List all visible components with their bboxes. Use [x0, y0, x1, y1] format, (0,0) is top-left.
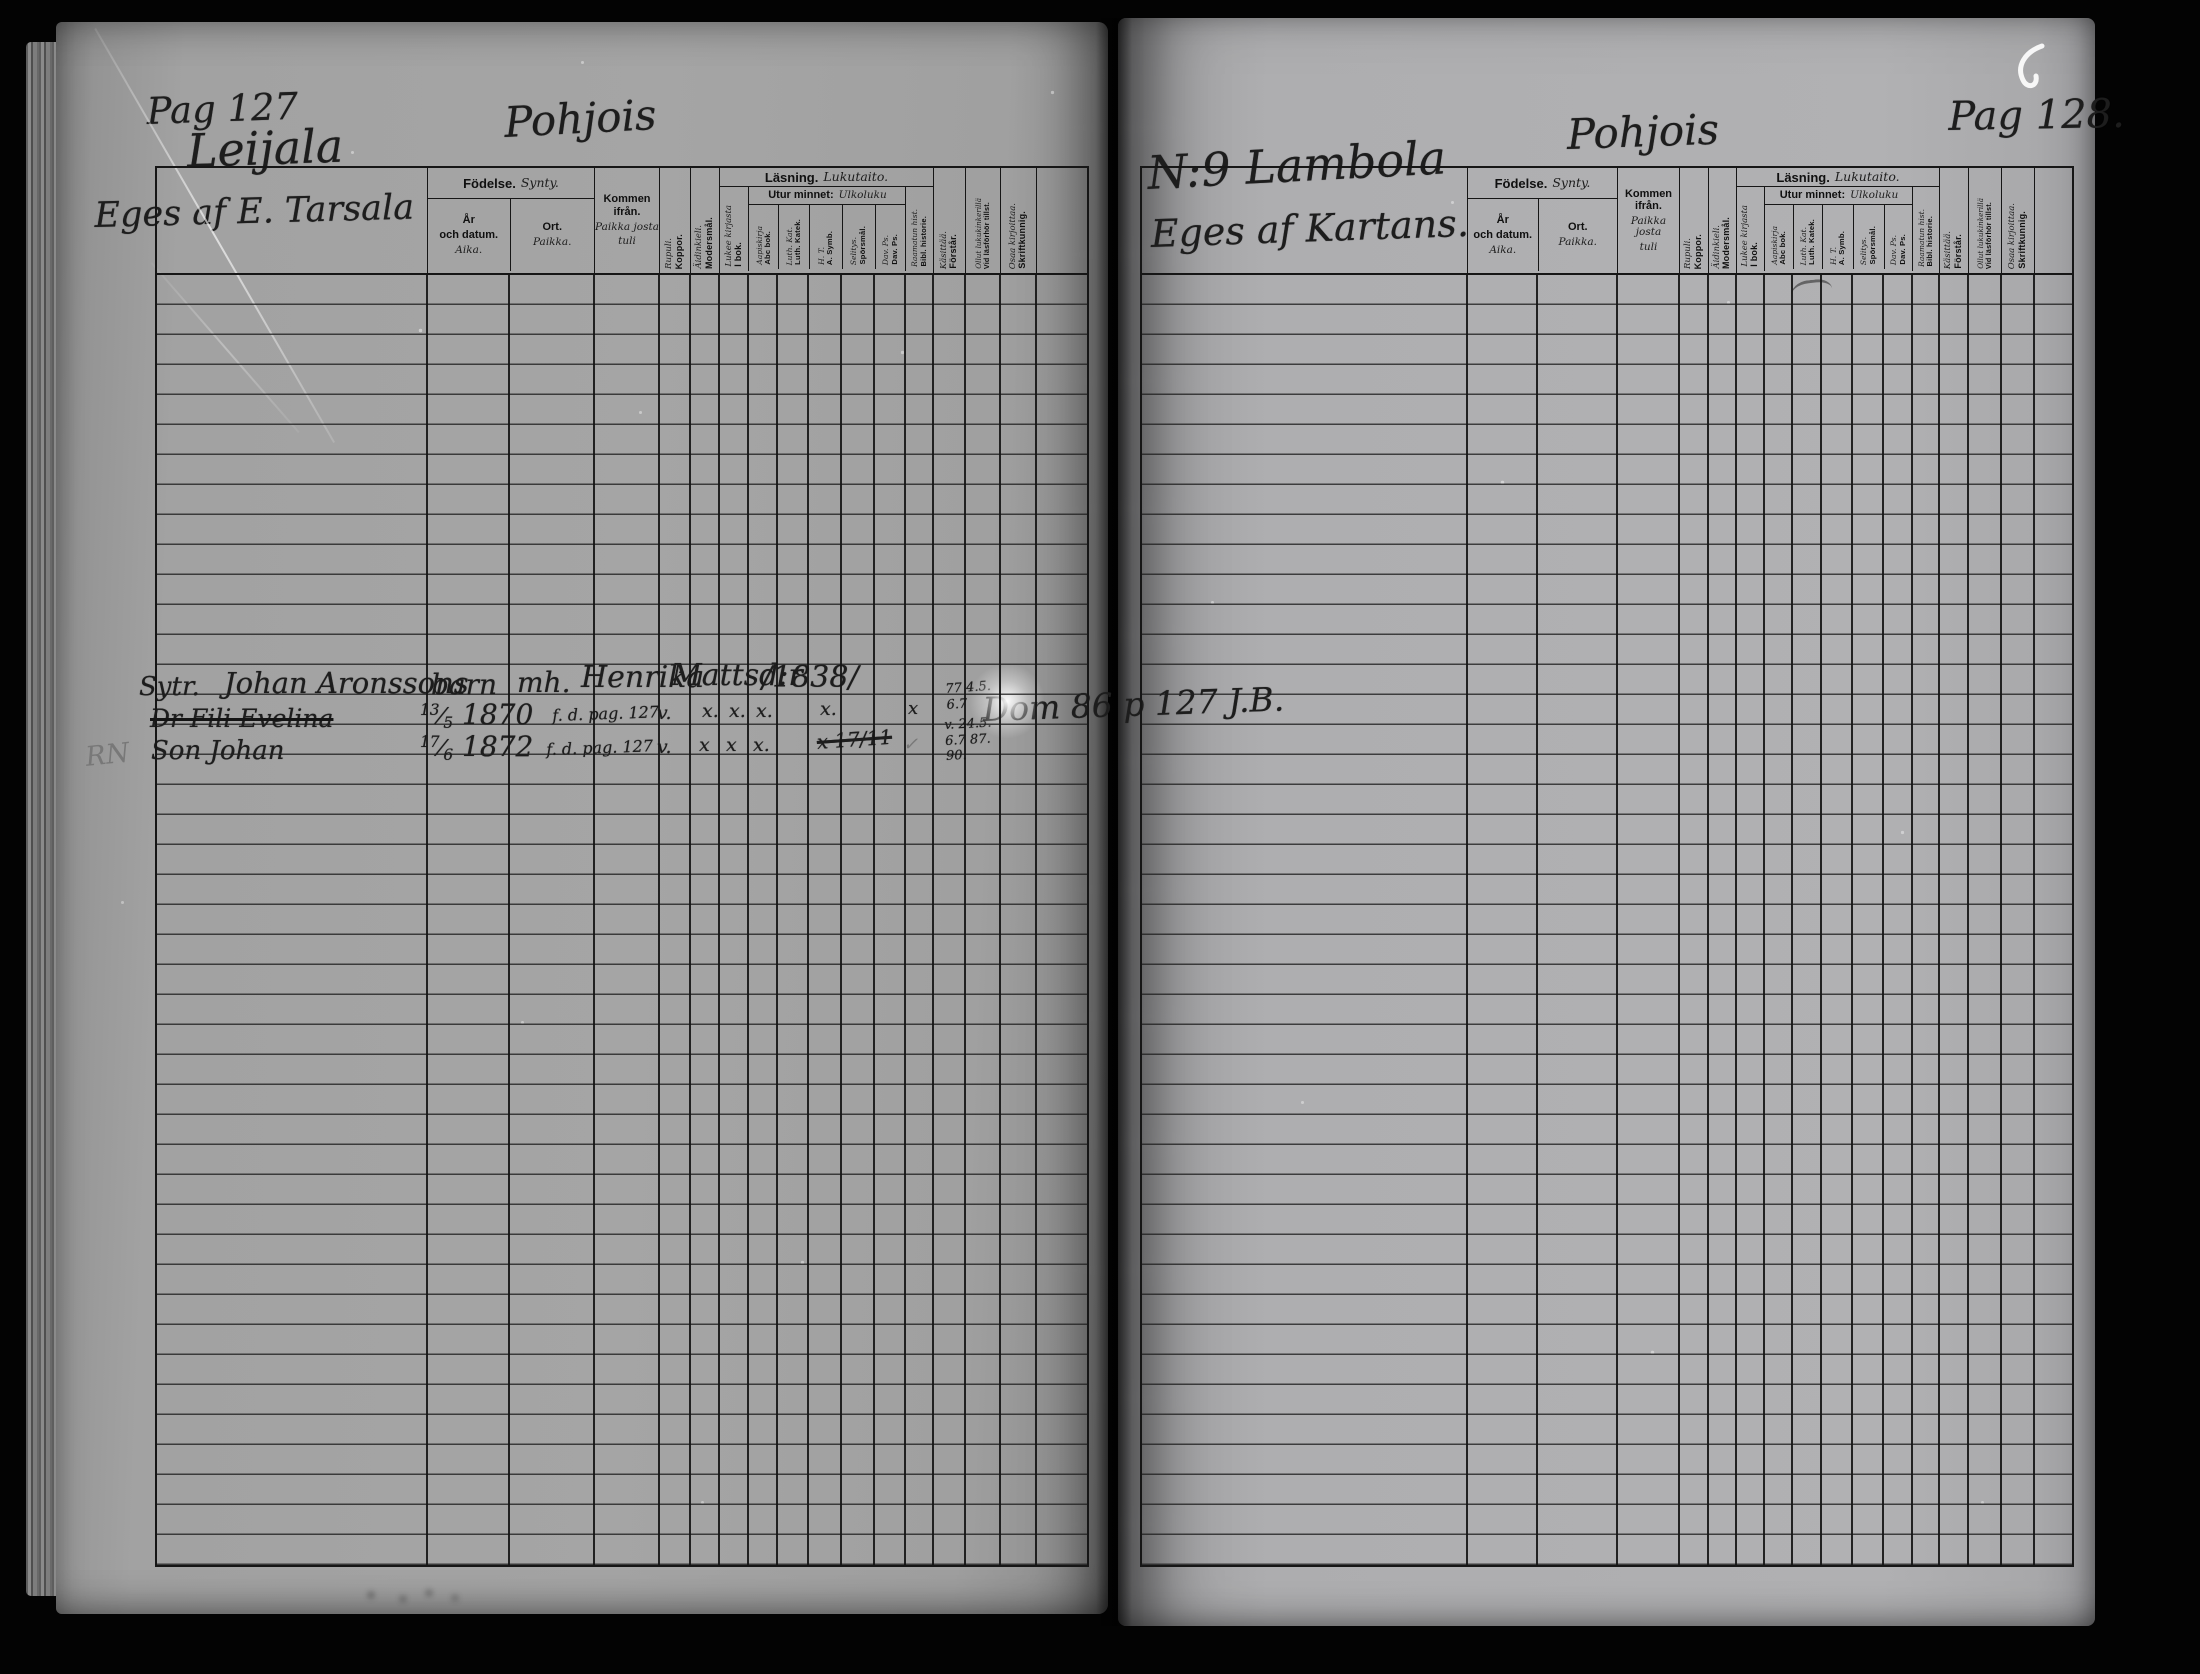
column-group-utur: Utur minnet:UlkolukuAapiskirjaAbc bok.Lu… — [748, 187, 905, 271]
column-header-ort: Ort.Paikka. — [510, 199, 595, 271]
table_header-ar_sv2: och datum. — [439, 229, 498, 242]
column-header-kommen: Kommen ifrån.Paikka jostatuli — [594, 168, 659, 273]
column-header-abc: AapiskirjaAbc bok. — [1765, 205, 1793, 269]
column-line — [2033, 275, 2035, 1565]
column-line — [1791, 275, 1793, 1565]
column-header-ibok-sv: I bok. — [1750, 242, 1760, 267]
table-header-left: Födelse.Synty.Åroch datum.Aika.Ort.Paikk… — [157, 168, 1087, 275]
table_header-ar_sv1: År — [463, 214, 475, 227]
column-header-modersmal-sv: Modersmål. — [705, 217, 715, 269]
column-header-davps: Dav. Ps.Dav. Ps. — [1884, 205, 1913, 269]
column-header-name — [1142, 168, 1467, 273]
book-scan-background: Pag 127 Leijala Eges af E. Tarsala Pohjo… — [0, 0, 2200, 1674]
column-header-asymb-sv: A. Symb. — [826, 231, 834, 265]
column-group-lasning: Läsning.Lukutaito.Lukee kirjastaI bok.Ut… — [719, 168, 933, 273]
fodelse-subrow: Åroch datum.Aika.Ort.Paikka. — [428, 199, 594, 271]
column-header-abc-sv: Abc bok. — [764, 231, 772, 265]
column-group-fodelse: Födelse.Synty.Åroch datum.Aika.Ort.Paikk… — [1467, 168, 1617, 273]
column-group-lasning: Läsning.Lukutaito.Lukee kirjastaI bok.Ut… — [1736, 168, 1939, 273]
edge-smudge — [362, 1588, 364, 1590]
table_header-utur_fi: Ulkoluku — [1850, 190, 1898, 201]
column-header-skrift-sv: Skriftkunnig. — [1018, 211, 1028, 269]
margin-initials-row2: RN — [84, 737, 131, 772]
column-line — [807, 275, 809, 1565]
column-header-ort: Ort.Paikka. — [1538, 199, 1617, 271]
column-header-luth: Luth. Kat.Luth. Katek. — [778, 205, 809, 269]
column-line — [1536, 275, 1538, 1565]
lasning-subrow: Lukee kirjastaI bok.Utur minnet:Ulkoluku… — [1737, 187, 1939, 271]
column-header-sporsmal-sv: Spörsmål. — [859, 226, 867, 265]
column-line — [999, 275, 1001, 1565]
table_header-ort_sv: Ort. — [1568, 221, 1588, 234]
column-header-abc-sv: Abc bok. — [1779, 231, 1787, 265]
column-line — [1035, 275, 1037, 1565]
column-header-skrift: Osaa kirjoittaa.Skriftkunnig. — [2001, 168, 2034, 273]
column-header-koppor: Rupuli.Koppor. — [659, 168, 690, 273]
table_header-ort_fi: Paikka. — [533, 237, 572, 249]
column-line — [1967, 275, 1969, 1565]
column-header-blank — [2034, 168, 2072, 273]
table_header-lasning_sv: Läsning. — [1776, 171, 1829, 184]
column-header-koppor-sv: Koppor. — [675, 234, 685, 269]
table_header-kommen_fi1: Paikka josta — [595, 222, 659, 234]
column-line — [1707, 275, 1709, 1565]
column-header-davps-sv: Dav. Ps. — [891, 234, 899, 265]
column-header-asymb: H. T.A. Symb. — [1822, 205, 1853, 269]
column-header-asymb: H. T.A. Symb. — [809, 205, 842, 269]
record-table-left: Födelse.Synty.Åroch datum.Aika.Ort.Paikk… — [155, 166, 1089, 1567]
column-line — [1735, 275, 1737, 1565]
district-name-right: Pohjois — [1566, 105, 1720, 159]
table_header-lasning_fi: Lukutaito. — [823, 171, 888, 184]
fodelse-band: Födelse.Synty. — [428, 168, 594, 199]
book-spine-shadow — [1096, 18, 1132, 1626]
table_header-kommen_fi1: Paikka josta — [1618, 216, 1679, 239]
table_header-ar_sv1: År — [1497, 214, 1509, 227]
column-header-forstar: Käsittää.Förstår. — [1939, 168, 1968, 273]
column-header-abc: AapiskirjaAbc bok. — [749, 205, 778, 269]
column-header-forstar-sv: Förstår. — [1954, 234, 1964, 269]
table_header-fodelse_fi: Synty. — [1552, 177, 1590, 190]
column-line — [718, 275, 720, 1565]
column-header-luth-sv: Luth. Katek. — [1808, 219, 1816, 265]
column-header-skrift: Osaa kirjoittaa.Skriftkunnig. — [1000, 168, 1036, 273]
column-header-koppor: Rupuli.Koppor. — [1679, 168, 1708, 273]
column-line — [1678, 275, 1680, 1565]
column-line — [1882, 275, 1884, 1565]
column-header-davps-sv: Dav. Ps. — [1899, 234, 1907, 265]
table_header-lasning_sv: Läsning. — [765, 171, 818, 184]
column-line — [426, 275, 428, 1565]
utur-subrow: AapiskirjaAbc bok.Luth. Kat.Luth. Katek.… — [749, 205, 905, 269]
table-body-right — [1142, 275, 2072, 1565]
column-header-vidlas: Ollut lukukinkerilläVid läsförhör tillst… — [965, 168, 1000, 273]
fodelse-band: Födelse.Synty. — [1468, 168, 1617, 199]
record-table-right: Födelse.Synty.Åroch datum.Aika.Ort.Paikk… — [1140, 166, 2074, 1567]
table-header-right: Födelse.Synty.Åroch datum.Aika.Ort.Paikk… — [1142, 168, 2072, 275]
column-line — [658, 275, 660, 1565]
table_header-kommen_fi2: tuli — [618, 236, 636, 248]
column-line — [1763, 275, 1765, 1565]
table_header-kommen_fi2: tuli — [1640, 242, 1658, 254]
column-line — [840, 275, 842, 1565]
column-header-modersmal: Äidinkieli.Modersmål. — [690, 168, 719, 273]
column-line — [1616, 275, 1618, 1565]
column-line — [873, 275, 875, 1565]
column-header-vidlas-sv: Vid läsförhör tillst. — [1985, 202, 1993, 269]
table_header-utur_sv: Utur minnet: — [1780, 190, 1845, 201]
column-header-modersmal-sv: Modersmål. — [1722, 217, 1732, 269]
column-header-bibl: Raamatun hist.Bibl. historie. — [1912, 187, 1939, 271]
table_header-utur_fi: Ulkoluku — [839, 190, 887, 201]
lasning-band: Läsning.Lukutaito. — [1737, 168, 1939, 187]
table_header-ort_sv: Ort. — [542, 221, 562, 234]
utur-band: Utur minnet:Ulkoluku — [1765, 187, 1912, 205]
column-line — [964, 275, 966, 1565]
table_header-fodelse_sv: Födelse. — [463, 177, 516, 190]
column-header-davps-fi: Dav. Ps. — [1890, 235, 1898, 265]
table_header-ort_fi: Paikka. — [1558, 237, 1597, 249]
column-group-fodelse: Födelse.Synty.Åroch datum.Aika.Ort.Paikk… — [427, 168, 594, 273]
table_header-fodelse_fi: Synty. — [521, 177, 559, 190]
lasning-band: Läsning.Lukutaito. — [720, 168, 933, 187]
column-header-koppor-sv: Koppor. — [1694, 234, 1704, 269]
column-header-vidlas: Ollut lukukinkerilläVid läsförhör tillst… — [1968, 168, 2001, 273]
column-line — [1911, 275, 1913, 1565]
column-header-vidlas-sv: Vid läsförhör tillst. — [983, 202, 991, 269]
column-header-bibl-sv: Bibl. historie. — [920, 216, 928, 267]
utur-subrow: AapiskirjaAbc bok.Luth. Kat.Luth. Katek.… — [1765, 205, 1912, 269]
column-line — [508, 275, 510, 1565]
table_header-ar_fi: Aika. — [1489, 245, 1516, 257]
column-header-luth: Luth. Kat.Luth. Katek. — [1793, 205, 1822, 269]
column-header-ibok-sv: I bok. — [734, 242, 744, 267]
column-header-ar: Åroch datum.Aika. — [1468, 199, 1538, 271]
column-header-luth-sv: Luth. Katek. — [794, 219, 802, 265]
column-line — [776, 275, 778, 1565]
column-header-forstar-sv: Förstår. — [949, 234, 959, 269]
table_header-ar_fi: Aika. — [455, 245, 482, 257]
column-line — [747, 275, 749, 1565]
column-header-davps: Dav. Ps.Dav. Ps. — [875, 205, 906, 269]
column-header-sporsmal: Selitys.Spörsmål. — [842, 205, 875, 269]
column-line — [1938, 275, 1940, 1565]
column-header-sporsmal-sv: Spörsmål. — [1869, 226, 1877, 265]
column-header-blank — [1036, 168, 1087, 273]
table-body-left — [157, 275, 1087, 1565]
lasning-subrow: Lukee kirjastaI bok.Utur minnet:Ulkoluku… — [720, 187, 933, 271]
table_header-kommen_sv: Kommen ifrån. — [1618, 188, 1679, 213]
fodelse-subrow: Åroch datum.Aika.Ort.Paikka. — [1468, 199, 1617, 271]
column-line — [1820, 275, 1822, 1565]
column-header-ibok: Lukee kirjastaI bok. — [1737, 187, 1764, 271]
corner-scratch-mark — [2012, 42, 2048, 101]
column-header-kommen: Kommen ifrån.Paikka jostatuli — [1617, 168, 1679, 273]
column-line — [932, 275, 934, 1565]
column-header-sporsmal: Selitys.Spörsmål. — [1853, 205, 1884, 269]
column-header-forstar: Käsittää.Förstår. — [933, 168, 965, 273]
table_header-ar_sv2: och datum. — [1473, 229, 1532, 242]
table_header-fodelse_sv: Födelse. — [1495, 177, 1548, 190]
table_header-kommen_sv: Kommen ifrån. — [595, 193, 659, 218]
column-header-davps-fi: Dav. Ps. — [882, 235, 890, 265]
column-header-ar: Åroch datum.Aika. — [428, 199, 510, 271]
table_header-utur_sv: Utur minnet: — [768, 190, 833, 201]
column-header-modersmal: Äidinkieli.Modersmål. — [1708, 168, 1736, 273]
utur-band: Utur minnet:Ulkoluku — [749, 187, 905, 205]
column-header-bibl: Raamatun hist.Bibl. historie. — [905, 187, 933, 271]
column-group-utur: Utur minnet:UlkolukuAapiskirjaAbc bok.Lu… — [1764, 187, 1912, 271]
column-line — [689, 275, 691, 1565]
column-line — [1851, 275, 1853, 1565]
column-line — [593, 275, 595, 1565]
column-line — [904, 275, 906, 1565]
column-header-asymb-sv: A. Symb. — [1838, 231, 1846, 265]
table_header-lasning_fi: Lukutaito. — [1835, 171, 1900, 184]
district-name-left: Pohjois — [503, 90, 658, 147]
column-header-skrift-sv: Skriftkunnig. — [2018, 211, 2028, 269]
column-header-ibok: Lukee kirjastaI bok. — [720, 187, 748, 271]
column-line — [1466, 275, 1468, 1565]
column-line — [2000, 275, 2002, 1565]
dust-specks — [0, 0, 1, 1]
column-header-bibl-sv: Bibl. historie. — [1926, 216, 1934, 267]
column-header-name — [157, 168, 427, 273]
